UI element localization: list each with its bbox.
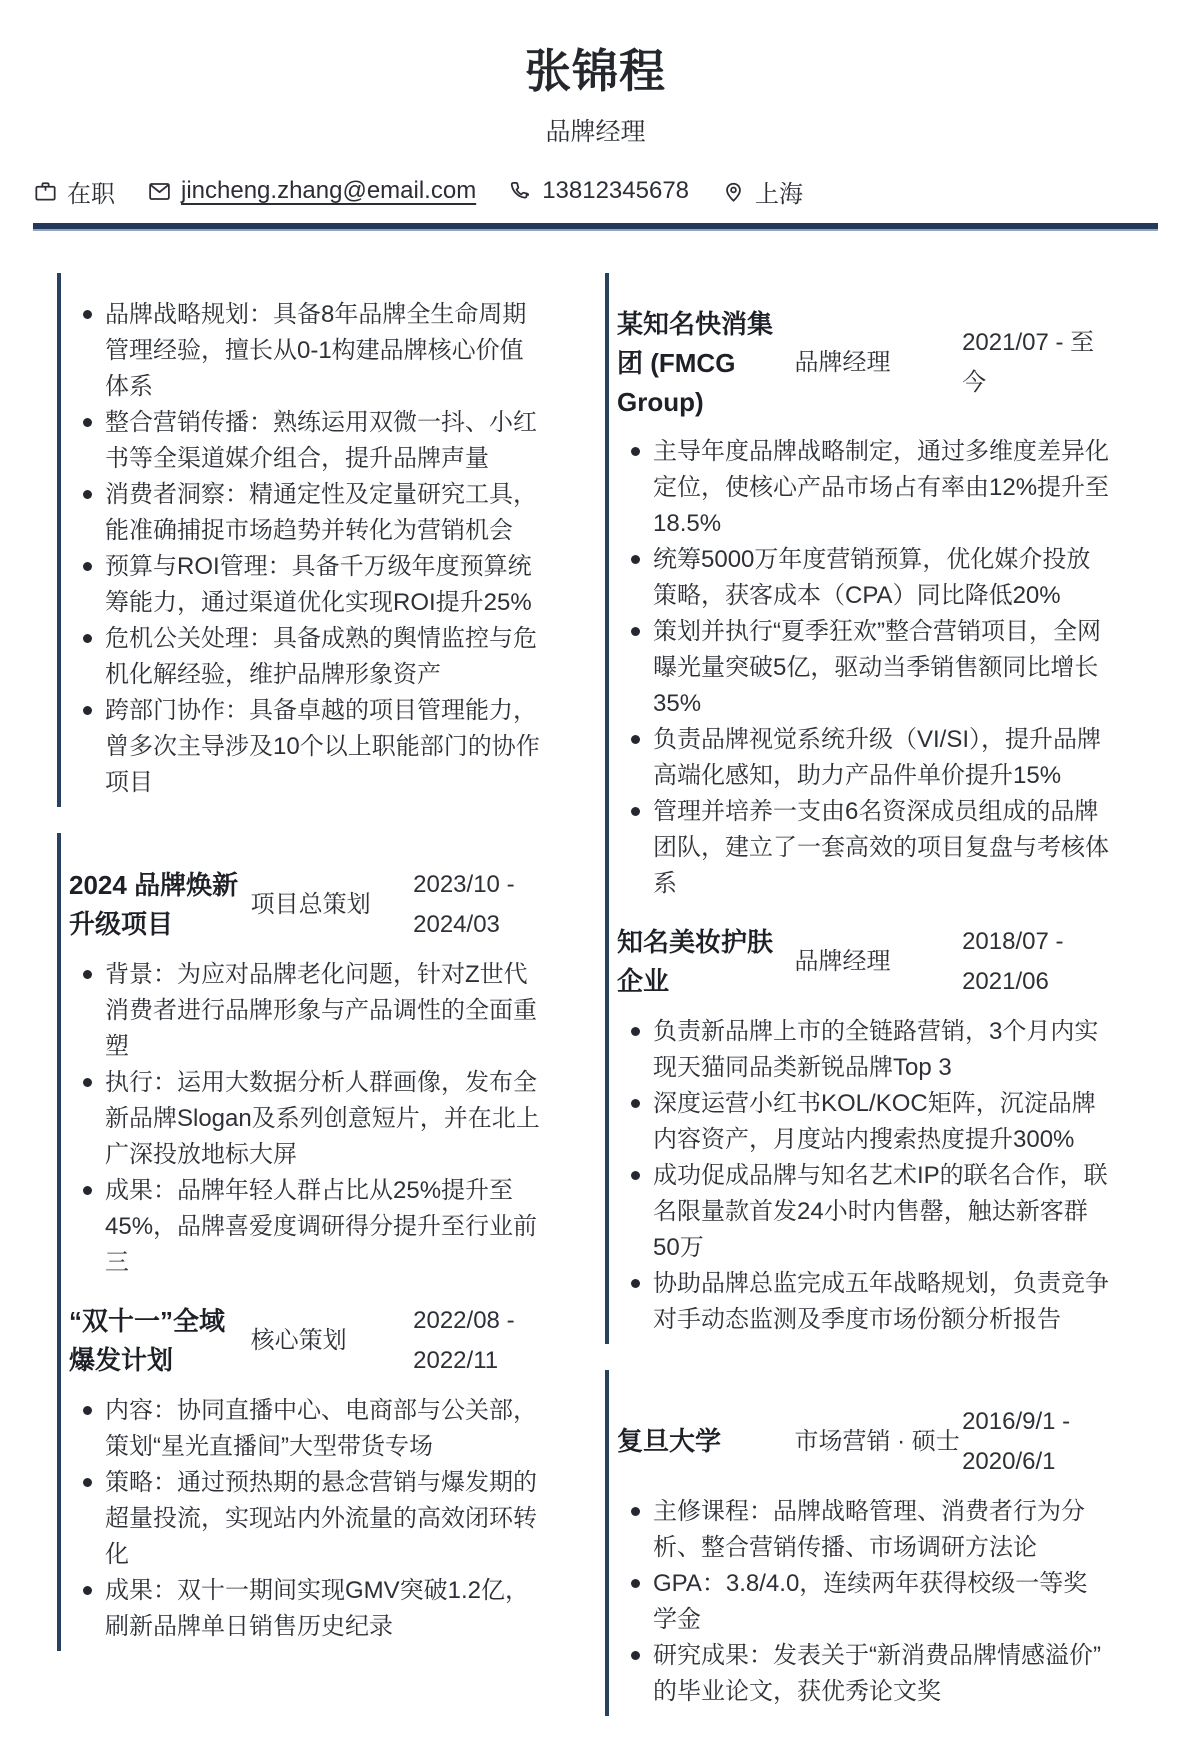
contact-location: 上海 bbox=[721, 174, 803, 209]
envelope-icon bbox=[147, 179, 172, 204]
education-dates: 2016/9/1 - 2020/6/1 bbox=[962, 1402, 1110, 1482]
resume-page: 张锦程 品牌经理 在职 jincheng.zhang@email.com 138… bbox=[0, 0, 1191, 1757]
candidate-job-title: 品牌经理 bbox=[33, 112, 1158, 148]
skills-section: 品牌战略规划：具备8年品牌全生命周期管理经验，擅长从0-1构建品牌核心价值体系 … bbox=[57, 273, 547, 807]
education-bullet: GPA：3.8/4.0，连续两年获得校级一等奖学金 bbox=[653, 1566, 1110, 1638]
skills-list: 品牌战略规划：具备8年品牌全生命周期管理经验，擅长从0-1构建品牌核心价值体系 … bbox=[61, 297, 547, 801]
project-bullet: 执行：运用大数据分析人群画像，发布全新品牌Slogan及系列创意短片，并在北上广… bbox=[105, 1065, 547, 1173]
education-bullet: 主修课程：品牌战略管理、消费者行为分析、整合营销传播、市场调研方法论 bbox=[653, 1494, 1110, 1566]
job-bullet: 协助品牌总监完成五年战略规划，负责竞争对手动态监测及季度市场份额分析报告 bbox=[653, 1266, 1110, 1338]
skill-item: 危机公关处理：具备成熟的舆情监控与危机化解经验，维护品牌形象资产 bbox=[105, 621, 547, 693]
job-bullet: 负责品牌视觉系统升级（VI/SI），提升品牌高端化感知，助力产品件单价提升15% bbox=[653, 722, 1110, 794]
job-dates: 2018/07 - 2021/06 bbox=[962, 922, 1110, 1002]
job-bullets: 负责新品牌上市的全链路营销，3个月内实现天猫同品类新锐品牌Top 3 深度运营小… bbox=[609, 1014, 1110, 1338]
project-header: 2024 品牌焕新升级项目 项目总策划 2023/10 - 2024/03 bbox=[61, 865, 547, 945]
job-role: 品牌经理 bbox=[794, 942, 962, 982]
resume-body: 品牌战略规划：具备8年品牌全生命周期管理经验，擅长从0-1构建品牌核心价值体系 … bbox=[33, 273, 1158, 1742]
education-bullets: 主修课程：品牌战略管理、消费者行为分析、整合营销传播、市场调研方法论 GPA：3… bbox=[609, 1494, 1110, 1710]
education-entry-1: 复旦大学 市场营销 · 硕士 2016/9/1 - 2020/6/1 主修课程：… bbox=[609, 1402, 1110, 1710]
job-entry-2: 知名美妆护肤企业 品牌经理 2018/07 - 2021/06 负责新品牌上市的… bbox=[609, 922, 1110, 1338]
skill-item: 消费者洞察：精通定性及定量研究工具，能准确捕捉市场趋势并转化为营销机会 bbox=[105, 477, 547, 549]
briefcase-icon bbox=[33, 179, 58, 204]
right-column: 某知名快消集团 (FMCG Group) 品牌经理 2021/07 - 至今 主… bbox=[605, 273, 1110, 1742]
email-link[interactable]: jincheng.zhang@email.com bbox=[181, 177, 476, 205]
job-bullet: 策划并执行“夏季狂欢”整合营销项目，全网曝光量突破5亿，驱动当季销售额同比增长3… bbox=[653, 614, 1110, 722]
project-title: “双十一”全域爆发计划 bbox=[69, 1302, 251, 1380]
job-header: 某知名快消集团 (FMCG Group) 品牌经理 2021/07 - 至今 bbox=[609, 305, 1110, 422]
project-role: 核心策划 bbox=[251, 1321, 414, 1361]
left-column: 品牌战略规划：具备8年品牌全生命周期管理经验，擅长从0-1构建品牌核心价值体系 … bbox=[57, 273, 547, 1742]
company-name: 知名美妆护肤企业 bbox=[617, 923, 794, 1001]
experience-section: 某知名快消集团 (FMCG Group) 品牌经理 2021/07 - 至今 主… bbox=[605, 273, 1110, 1344]
job-bullet: 主导年度品牌战略制定，通过多维度差异化定位，使核心产品市场占有率由12%提升至1… bbox=[653, 434, 1110, 542]
project-dates: 2023/10 - 2024/03 bbox=[413, 865, 547, 945]
skill-item: 整合营销传播：熟练运用双微一抖、小红书等全渠道媒介组合，提升品牌声量 bbox=[105, 405, 547, 477]
phone-number: 13812345678 bbox=[542, 177, 689, 205]
skill-item: 品牌战略规划：具备8年品牌全生命周期管理经验，擅长从0-1构建品牌核心价值体系 bbox=[105, 297, 547, 405]
job-dates: 2021/07 - 至今 bbox=[962, 323, 1110, 403]
job-bullet: 深度运营小红书KOL/KOC矩阵，沉淀品牌内容资产，月度站内搜索热度提升300% bbox=[653, 1086, 1110, 1158]
project-bullets: 背景：为应对品牌老化问题，针对Z世代消费者进行品牌形象与产品调性的全面重塑 执行… bbox=[61, 957, 547, 1281]
project-bullets: 内容：协同直播中心、电商部与公关部，策划“星光直播间”大型带货专场 策略：通过预… bbox=[61, 1393, 547, 1645]
school-name: 复旦大学 bbox=[617, 1422, 794, 1461]
candidate-name: 张锦程 bbox=[33, 46, 1158, 97]
project-bullet: 成果：双十一期间实现GMV突破1.2亿，刷新品牌单日销售历史纪录 bbox=[105, 1573, 547, 1645]
project-entry-2: “双十一”全域爆发计划 核心策划 2022/08 - 2022/11 内容：协同… bbox=[61, 1301, 547, 1645]
project-entry-1: 2024 品牌焕新升级项目 项目总策划 2023/10 - 2024/03 背景… bbox=[61, 865, 547, 1281]
job-bullet: 统筹5000万年度营销预算，优化媒介投放策略，获客成本（CPA）同比降低20% bbox=[653, 542, 1110, 614]
contact-phone: 13812345678 bbox=[508, 177, 689, 205]
employment-status: 在职 bbox=[33, 174, 115, 209]
degree-name: 市场营销 · 硕士 bbox=[794, 1422, 962, 1462]
project-title: 2024 品牌焕新升级项目 bbox=[69, 866, 251, 944]
header-divider bbox=[33, 223, 1158, 231]
project-bullet: 成果：品牌年轻人群占比从25%提升至45%，品牌喜爱度调研得分提升至行业前三 bbox=[105, 1173, 547, 1281]
company-name: 某知名快消集团 (FMCG Group) bbox=[617, 305, 794, 422]
job-entry-1: 某知名快消集团 (FMCG Group) 品牌经理 2021/07 - 至今 主… bbox=[609, 305, 1110, 902]
job-bullet: 管理并培养一支由6名资深成员组成的品牌团队，建立了一套高效的项目复盘与考核体系 bbox=[653, 794, 1110, 902]
project-header: “双十一”全域爆发计划 核心策划 2022/08 - 2022/11 bbox=[61, 1301, 547, 1381]
location-label: 上海 bbox=[755, 174, 803, 209]
education-bullet: 研究成果：发表关于“新消费品牌情感溢价”的毕业论文，获优秀论文奖 bbox=[653, 1638, 1110, 1710]
project-role: 项目总策划 bbox=[251, 885, 414, 925]
contact-row: 在职 jincheng.zhang@email.com 13812345678 … bbox=[33, 174, 1158, 209]
job-bullets: 主导年度品牌战略制定，通过多维度差异化定位，使核心产品市场占有率由12%提升至1… bbox=[609, 434, 1110, 902]
location-pin-icon bbox=[721, 179, 746, 204]
employment-status-label: 在职 bbox=[67, 174, 115, 209]
project-bullet: 策略：通过预热期的悬念营销与爆发期的超量投流，实现站内外流量的高效闭环转化 bbox=[105, 1465, 547, 1573]
education-header: 复旦大学 市场营销 · 硕士 2016/9/1 - 2020/6/1 bbox=[609, 1402, 1110, 1482]
projects-section: 2024 品牌焕新升级项目 项目总策划 2023/10 - 2024/03 背景… bbox=[57, 833, 547, 1651]
job-header: 知名美妆护肤企业 品牌经理 2018/07 - 2021/06 bbox=[609, 922, 1110, 1002]
skill-item: 跨部门协作：具备卓越的项目管理能力，曾多次主导涉及10个以上职能部门的协作项目 bbox=[105, 693, 547, 801]
job-role: 品牌经理 bbox=[794, 343, 962, 383]
project-bullet: 内容：协同直播中心、电商部与公关部，策划“星光直播间”大型带货专场 bbox=[105, 1393, 547, 1465]
project-dates: 2022/08 - 2022/11 bbox=[413, 1301, 547, 1381]
resume-header: 张锦程 品牌经理 在职 jincheng.zhang@email.com 138… bbox=[33, 46, 1158, 231]
project-bullet: 背景：为应对品牌老化问题，针对Z世代消费者进行品牌形象与产品调性的全面重塑 bbox=[105, 957, 547, 1065]
job-bullet: 负责新品牌上市的全链路营销，3个月内实现天猫同品类新锐品牌Top 3 bbox=[653, 1014, 1110, 1086]
skill-item: 预算与ROI管理：具备千万级年度预算统筹能力，通过渠道优化实现ROI提升25% bbox=[105, 549, 547, 621]
phone-icon bbox=[508, 179, 533, 204]
contact-email: jincheng.zhang@email.com bbox=[147, 177, 476, 205]
education-section: 复旦大学 市场营销 · 硕士 2016/9/1 - 2020/6/1 主修课程：… bbox=[605, 1370, 1110, 1716]
job-bullet: 成功促成品牌与知名艺术IP的联名合作，联名限量款首发24小时内售罄，触达新客群5… bbox=[653, 1158, 1110, 1266]
